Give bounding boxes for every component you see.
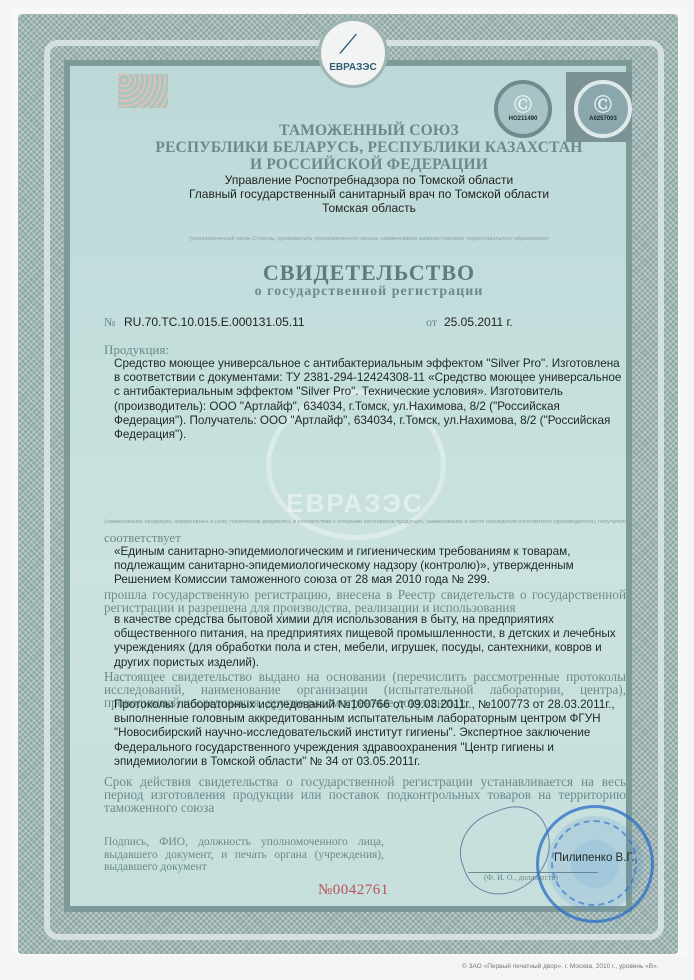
authority-caption: (уполномоченный орган Стороны, руководит… <box>104 236 634 242</box>
eurasec-emblem: ⟋ ЕВРАЗЭС <box>318 18 388 88</box>
signature-caption: Подпись, ФИО, должность уполномоченного … <box>104 836 384 874</box>
issue-date: 25.05.2011 г. <box>444 315 513 329</box>
conformity-label: соответствует <box>104 531 634 545</box>
hologram-strip-icon <box>118 74 168 108</box>
authority-line-1: Управление Роспотребнадзора по Томской о… <box>104 173 634 187</box>
rst-mark-icon: Ⓒ <box>514 96 532 114</box>
conformity-section: соответствует «Единым санитарно-эпидемио… <box>104 531 634 614</box>
signer-name: Пилипенко В.Г. <box>554 852 634 864</box>
product-description: Средство моющее универсальное с антибакт… <box>104 357 634 442</box>
watermark-text: ЕВРАЗЭС <box>280 488 430 519</box>
date-label: от <box>426 315 437 330</box>
document-subtitle: о государственной регистрации <box>104 284 634 300</box>
basis-section: Протоколы лабораторных исследований №100… <box>104 698 634 769</box>
union-line-1: ТАМОЖЕННЫЙ СОЮЗ <box>104 122 634 139</box>
number-label: № <box>104 315 115 330</box>
authority-line-3: Томская область <box>104 201 634 215</box>
union-line-2: РЕСПУБЛИКИ БЕЛАРУСЬ, РЕСПУБЛИКИ КАЗАХСТА… <box>104 139 634 156</box>
product-caption: (наименование продукции, нормативные и (… <box>104 519 634 525</box>
rst-mark-icon: Ⓒ <box>594 96 612 114</box>
product-section: Продукция: Средство моющее универсальное… <box>104 343 634 442</box>
union-line-3: И РОССИЙСКОЙ ФЕДЕРАЦИИ <box>104 156 634 173</box>
eurasec-emblem-icon: ⟋ <box>339 31 357 57</box>
usage-section: в качестве средства бытовой химии для ис… <box>104 613 634 709</box>
printer-imprint: © ЗАО «Первый печатный двор», г. Москва,… <box>462 963 659 970</box>
emblem-text: ЕВРАЗЭС <box>329 62 377 73</box>
product-label: Продукция: <box>104 343 634 357</box>
registration-text: прошла государственную регистрацию, внес… <box>104 588 634 614</box>
usage-text: в качестве средства бытовой химии для ис… <box>104 613 634 670</box>
form-serial-number: №0042761 <box>318 882 389 899</box>
issuing-authority: Управление Роспотребнадзора по Томской о… <box>104 173 634 215</box>
document-title: СВИДЕТЕЛЬСТВО <box>104 260 634 286</box>
union-header: ТАМОЖЕННЫЙ СОЮЗ РЕСПУБЛИКИ БЕЛАРУСЬ, РЕС… <box>104 122 634 173</box>
certificate-number: RU.70.TC.10.015.E.000131.05.11 <box>124 315 305 329</box>
authority-line-2: Главный государственный санитарный врач … <box>104 187 634 201</box>
conformity-text: «Единым санитарно-эпидемиологическим и г… <box>104 545 634 588</box>
basis-text: Протоколы лабораторных исследований №100… <box>104 698 634 769</box>
validity-section: Срок действия свидетельства о государств… <box>104 775 634 814</box>
official-stamp-icon <box>536 805 654 923</box>
validity-text: Срок действия свидетельства о государств… <box>104 775 634 814</box>
